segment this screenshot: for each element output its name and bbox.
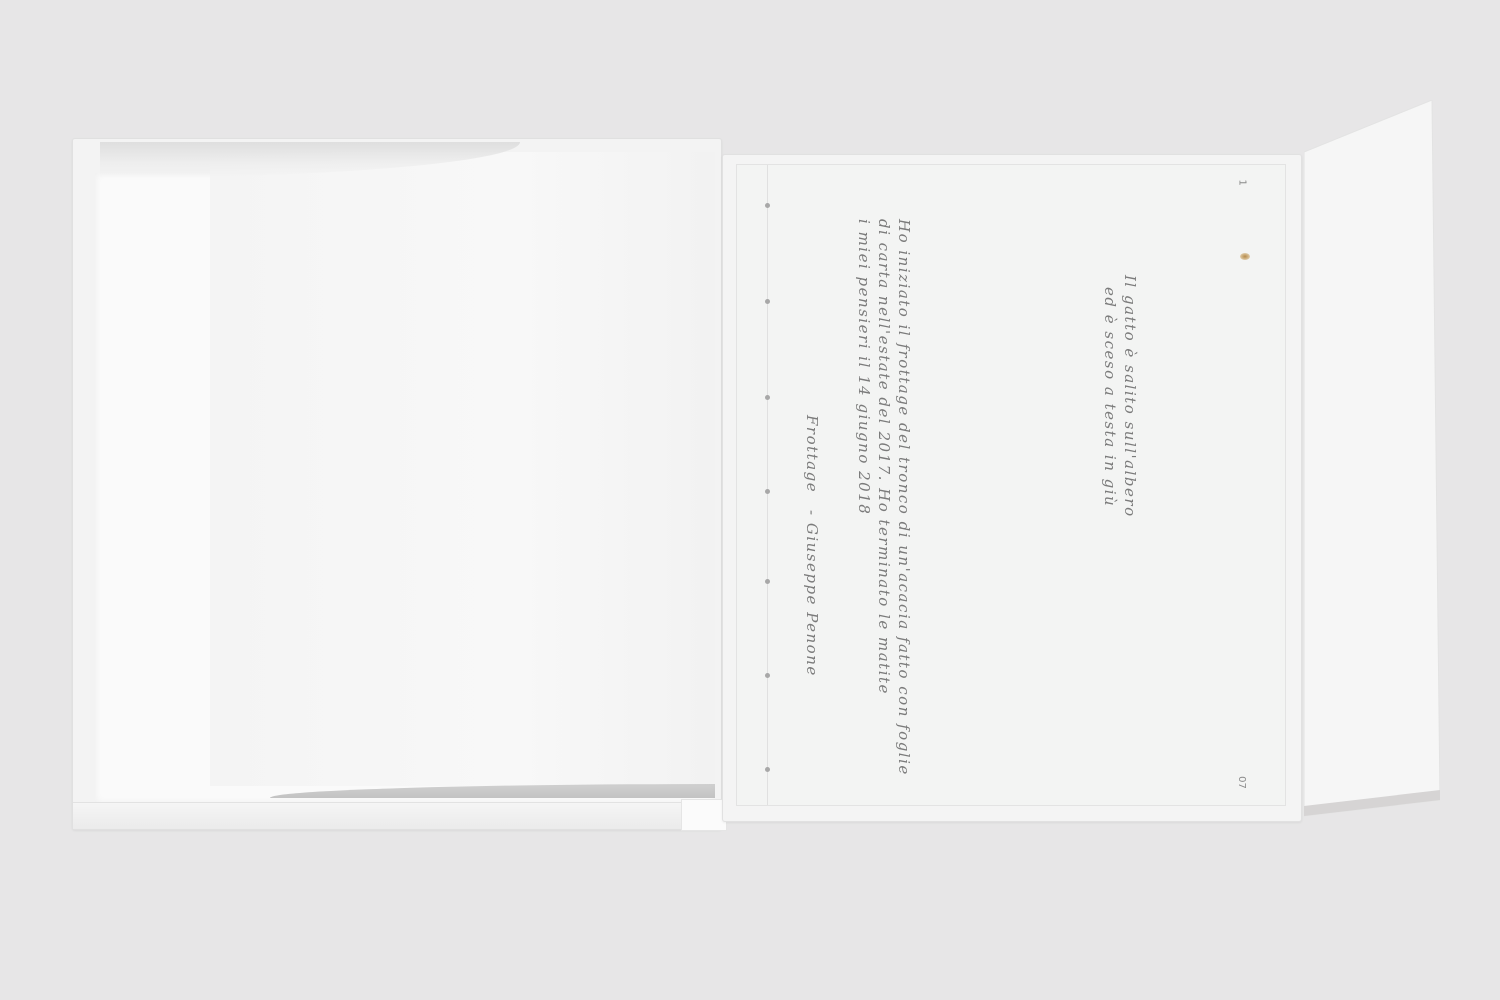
body-line-1: Ho iniziato il frottage del tronco di un…: [895, 219, 913, 776]
handwritten-page: 1 07 Il gatto è salito sull'albero ed è …: [736, 164, 1286, 806]
heading-line-2: ed è sceso a testa in giù: [1101, 287, 1119, 507]
page-number-top: 1: [1237, 179, 1248, 185]
page-curl-shadow: [100, 142, 520, 178]
signature-frottage: Frottage: [803, 415, 821, 493]
binding-thread: [767, 165, 768, 805]
binding-stitch: [765, 203, 770, 208]
photo-scene: 1 07 Il gatto è salito sull'albero ed è …: [0, 0, 1500, 1000]
tray-bottom-lip: [73, 802, 721, 829]
binding-stitch: [765, 579, 770, 584]
signature-name: - Giuseppe Penone: [803, 510, 821, 677]
page-number-bottom: 07: [1236, 776, 1247, 789]
box-closure-tab: [681, 799, 727, 831]
blank-turned-page: [210, 152, 715, 786]
body-line-3: i miei pensieri il 14 giugno 2018: [855, 219, 873, 515]
paper-stain: [1240, 253, 1250, 260]
body-line-2: di carta nell'estate del 2017. Ho termin…: [875, 219, 893, 695]
binding-stitch: [765, 489, 770, 494]
binding-stitch: [765, 767, 770, 772]
heading-line-1: Il gatto è salito sull'albero: [1121, 275, 1139, 518]
box-lid-flap: [1304, 100, 1440, 828]
binding-stitch: [765, 395, 770, 400]
binding-stitch: [765, 673, 770, 678]
binding-stitch: [765, 299, 770, 304]
